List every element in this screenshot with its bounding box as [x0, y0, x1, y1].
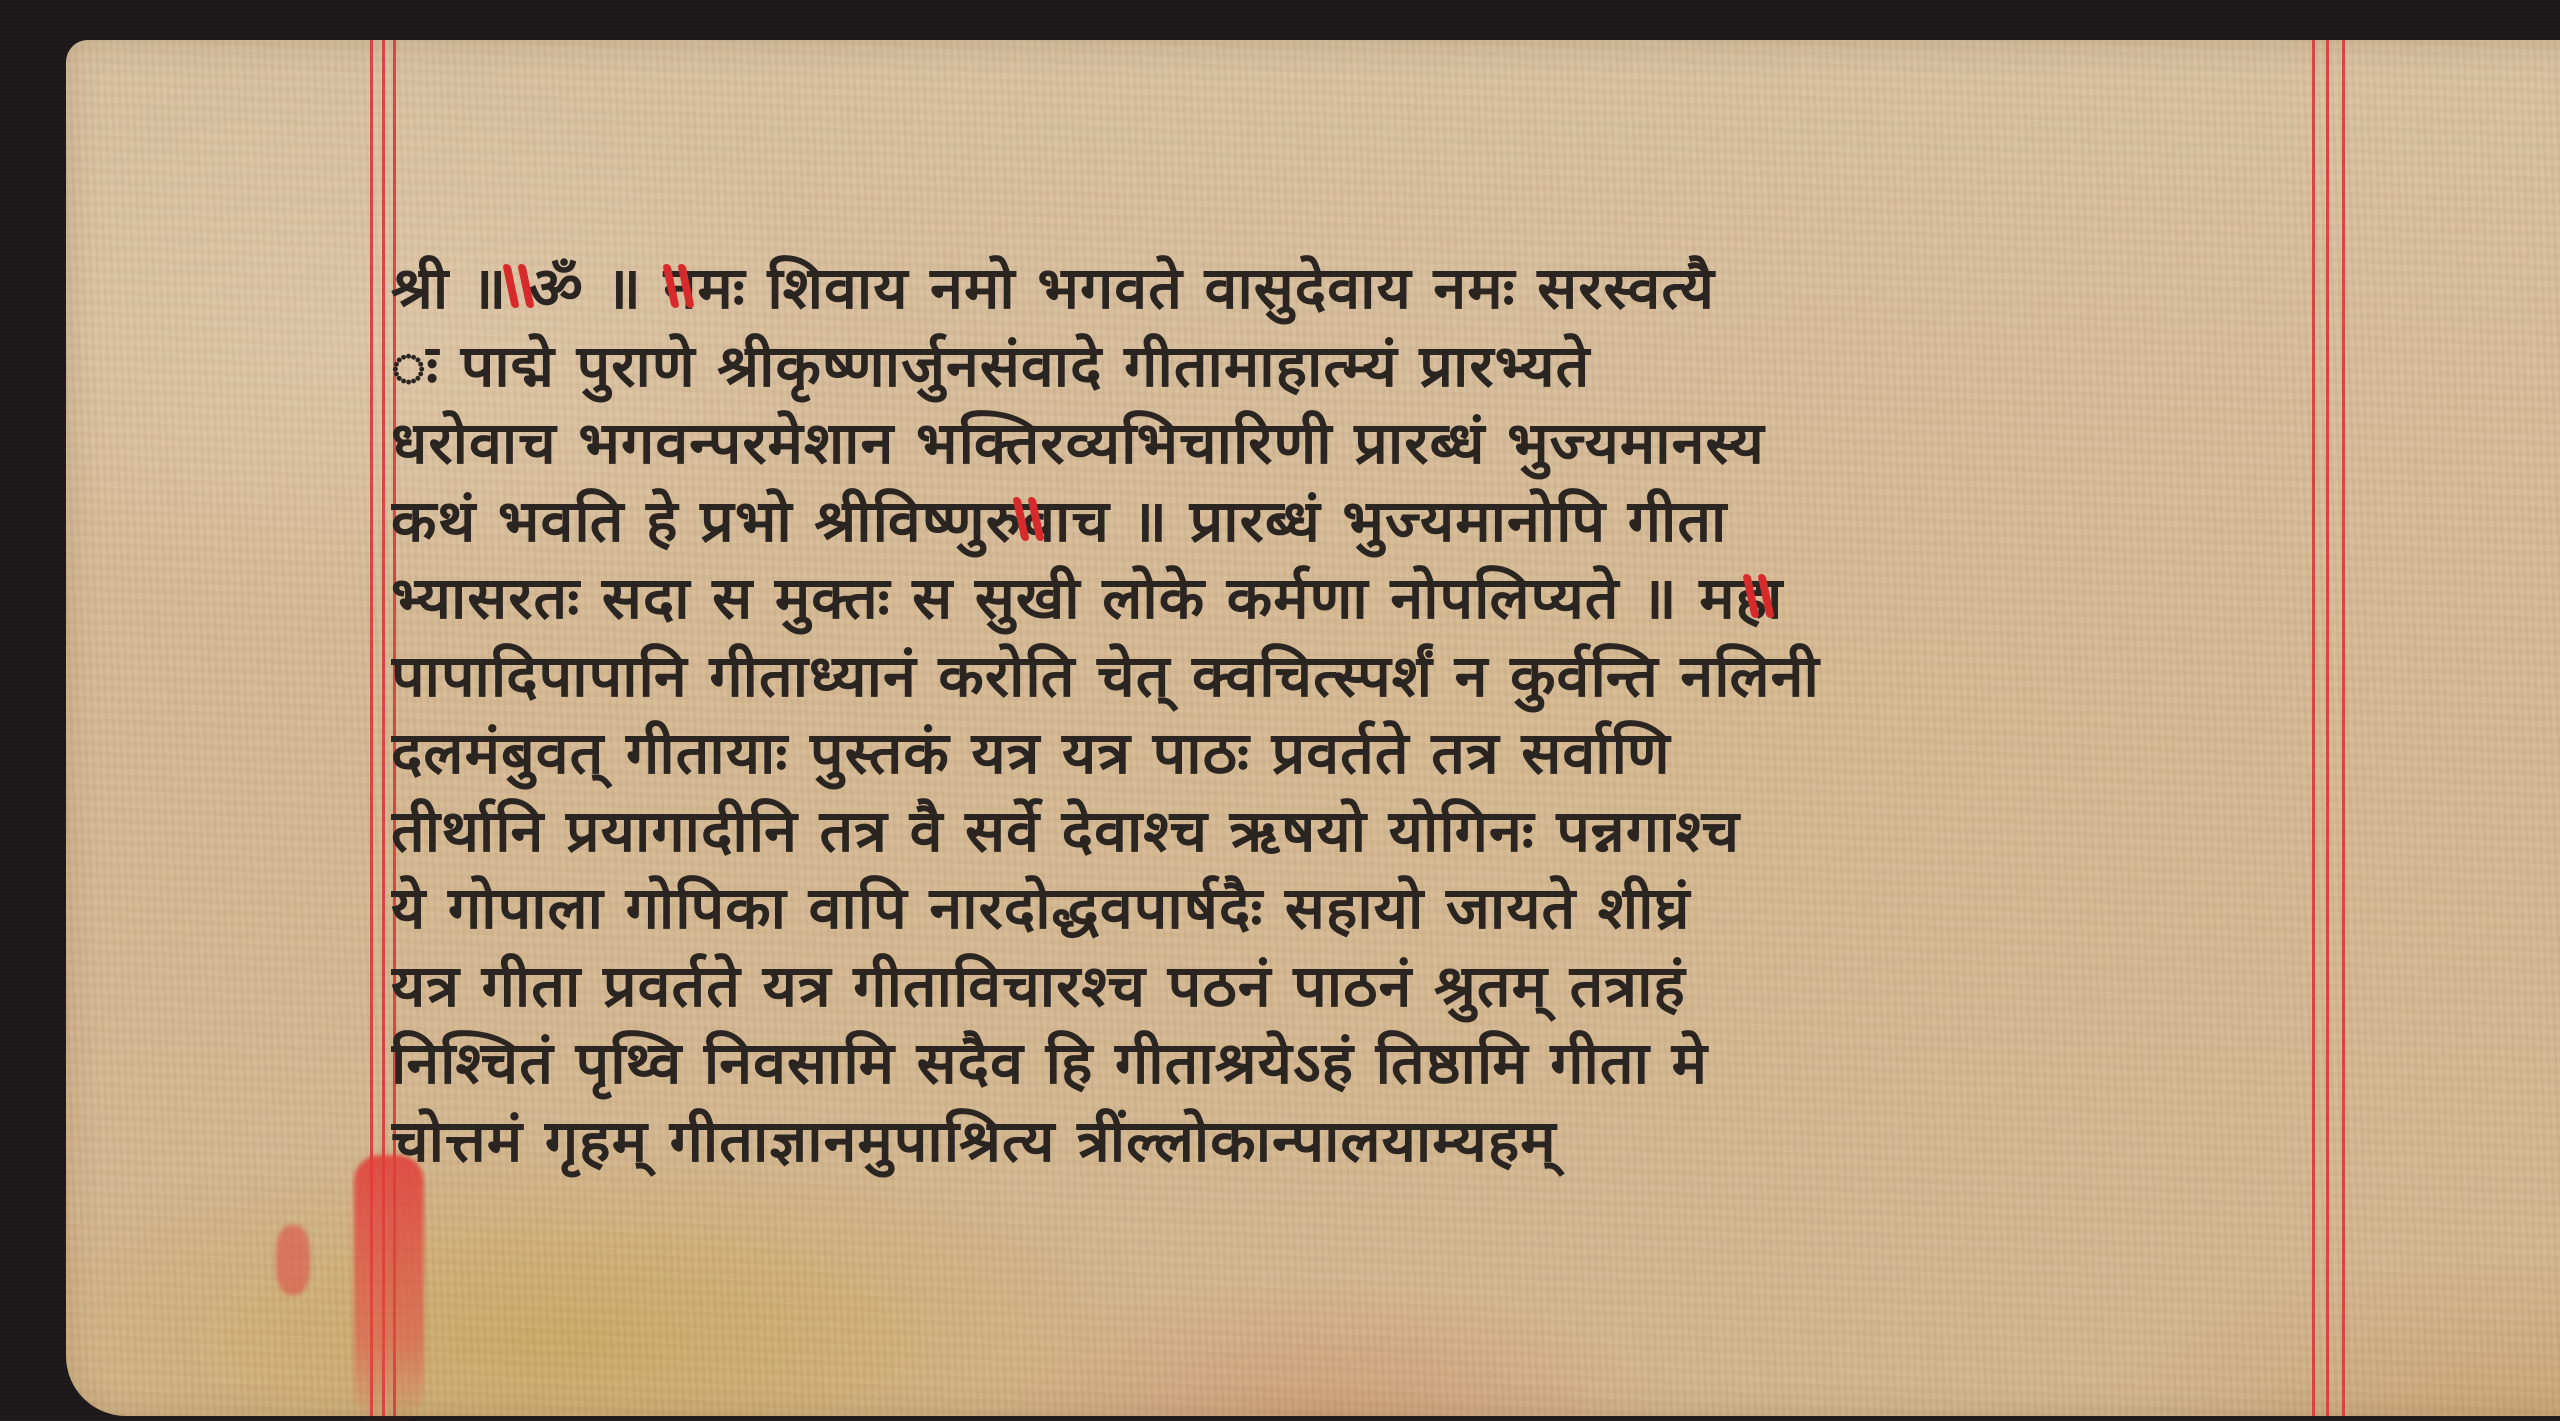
manuscript-line: ये गोपाला गोपिका वापि नारदोद्धवपार्षदैः …	[391, 870, 2341, 948]
line-text: दलमंबुवत् गीतायाः पुस्तकं यत्र यत्र पाठः…	[391, 715, 1671, 792]
red-double-danda-mark	[665, 264, 695, 312]
manuscript-line: चोत्तमं गृहम् गीताज्ञानमुपाश्रित्य त्रीं…	[391, 1103, 2341, 1181]
line-text: चोत्तमं गृहम् गीताज्ञानमुपाश्रित्य त्रीं…	[391, 1103, 1557, 1180]
line-text: पापादिपापानि गीताध्यानं करोति चेत् क्वचि…	[391, 638, 1820, 715]
text-block: श्री ॥ ॐ ॥ नमः शिवाय नमो भगवते वासुदेवाय…	[391, 250, 2341, 1180]
line-text: निश्चितं पृथ्वि निवसामि सदैव हि गीताश्रय…	[391, 1025, 1708, 1102]
line-text: श्री ॥ ॐ ॥ नमः शिवाय नमो भगवते वासुदेवाय…	[391, 250, 1715, 327]
manuscript-line: तीर्थानि प्रयागादीनि तत्र वै सर्वे देवाश…	[391, 793, 2341, 871]
line-text: भ्यासरतः सदा स मुक्तः स सुखी लोके कर्मणा…	[391, 560, 1783, 637]
right-margin-rule-3	[2342, 40, 2345, 1416]
manuscript-line: भ्यासरतः सदा स मुक्तः स सुखी लोके कर्मणा…	[391, 560, 2341, 638]
line-text: ः पाद्मे पुराणे श्रीकृष्णार्जुनसंवादे गी…	[391, 328, 1590, 405]
manuscript-folio: श्री ॥ ॐ ॥ नमः शिवाय नमो भगवते वासुदेवाय…	[66, 40, 2560, 1416]
manuscript-line: यत्र गीता प्रवर्तते यत्र गीताविचारश्च पठ…	[391, 948, 2341, 1026]
red-double-danda-mark	[1015, 497, 1045, 545]
line-text: यत्र गीता प्रवर्तते यत्र गीताविचारश्च पठ…	[391, 948, 1686, 1025]
manuscript-line: ः पाद्मे पुराणे श्रीकृष्णार्जुनसंवादे गी…	[391, 328, 2341, 406]
manuscript-line: पापादिपापानि गीताध्यानं करोति चेत् क्वचि…	[391, 638, 2341, 716]
manuscript-line: दलमंबुवत् गीतायाः पुस्तकं यत्र यत्र पाठः…	[391, 715, 2341, 793]
red-pigment-stain	[354, 1155, 424, 1421]
line-text: धरोवाच भगवन्परमेशान भक्तिरव्यभिचारिणी प्…	[391, 405, 1765, 482]
line-text: कथं भवति हे प्रभो श्रीविष्णुरुवाच ॥ प्रा…	[391, 483, 1727, 560]
manuscript-line: श्री ॥ ॐ ॥ नमः शिवाय नमो भगवते वासुदेवाय…	[391, 250, 2341, 328]
red-double-danda-mark	[1745, 574, 1775, 622]
manuscript-line: धरोवाच भगवन्परमेशान भक्तिरव्यभिचारिणी प्…	[391, 405, 2341, 483]
photo-backdrop: श्री ॥ ॐ ॥ नमः शिवाय नमो भगवते वासुदेवाय…	[0, 0, 2560, 1421]
line-text: तीर्थानि प्रयागादीनि तत्र वै सर्वे देवाश…	[391, 793, 1740, 870]
line-text: ये गोपाला गोपिका वापि नारदोद्धवपार्षदैः …	[391, 870, 1690, 947]
manuscript-line: निश्चितं पृथ्वि निवसामि सदैव हि गीताश्रय…	[391, 1025, 2341, 1103]
manuscript-line: कथं भवति हे प्रभो श्रीविष्णुरुवाच ॥ प्रा…	[391, 483, 2341, 561]
red-pigment-spot	[276, 1225, 310, 1295]
red-double-danda-mark	[505, 264, 535, 312]
